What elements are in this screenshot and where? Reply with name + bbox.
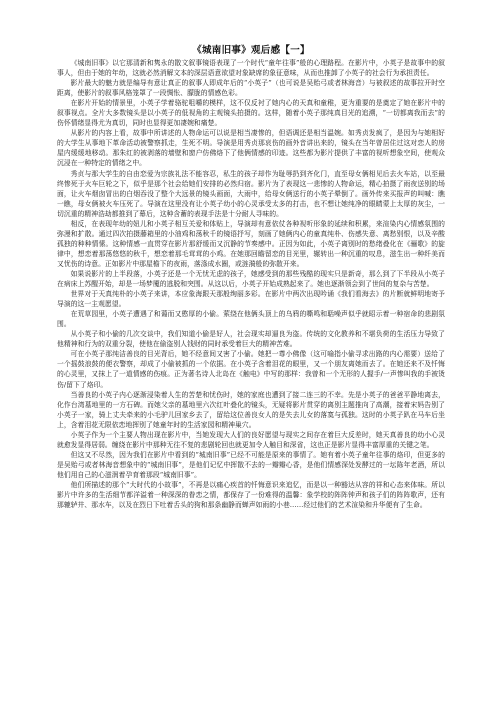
paragraph: 可在小英子那纯洁善良的目光背后，她不经意间又害了小偷。她把一尊小佛像（这可喻指小… <box>57 349 445 389</box>
paragraph: 《城南旧事》以它那清新和隽永的散文叙事镜语表现了一个时代“童年往事”般的心理路程… <box>57 58 445 78</box>
paragraph: 小英子作为一个主要人物出现在影片中，当她发现大人们的良好愿望与现实之间存在着巨大… <box>57 430 445 450</box>
paragraph: 在影片开始的情景里，小英子学着骆驼咀嚼的模样，这不仅反衬了她内心的天真和童稚，更… <box>57 98 445 128</box>
paragraph: 秀贞与那大学生的自由恋爱为宗族礼法不能容忍，私生的孩子却作为耻辱扔到齐化门，直至… <box>57 169 445 219</box>
document-page: 《城南旧事》观后感【一】 《城南旧事》以它那清新和隽永的散文叙事镜语表现了一个时… <box>57 44 445 510</box>
paragraph: 世界对于天真纯朴的小英子来讲，本应象海跟天那般绚丽多彩。在影片中两次出现吟诵《我… <box>57 289 445 309</box>
paragraph: 如果说影片的上半段落，小英子还是一个无忧无虑的孩子，她感受到的那些残酷的现实只是… <box>57 269 445 289</box>
paragraph: 从小英子和小偷的几次交谈中，我们知道小偷是好人，社会现实却逼良为盗。传统的文化教… <box>57 329 445 349</box>
paragraph: 相反，在表现年幼的妞儿和小英子相互关爱和体贴上，导演却有意依仗各种视听形象的延续… <box>57 219 445 269</box>
paragraph: 在荒草园里，小英子遭遇了和蔼而又憨厚的小偷。萦绕在他俩头顶上的乌鸦的嘶鸣和聒噪声… <box>57 309 445 329</box>
paragraph: 但这又不尽然，因为我们在影片中看到的“城南旧事”已经不可能是原来的事情了。她有着… <box>57 450 445 480</box>
paragraph: 当善良的小英子内心逐渐浸染着人生的苦楚和忧伤时，她的家庭也遭到了接二连三的不幸。… <box>57 390 445 430</box>
paragraph: 影片最大的魅力就是编导有意让真正的叙事人即成年后的“小英子”（也可说是吴贻弓或者… <box>57 78 445 98</box>
paragraph: 他们所描述的那个“大时代的小故事”，不再是以痛心疾首的忏悔意识来追忆，而是以一种… <box>57 480 445 510</box>
paragraph: 从影片的内容上看，故事中所讲述的人物命运可以说是相当凄惨的，但语调还是相当温婉。… <box>57 128 445 168</box>
document-title: 《城南旧事》观后感【一】 <box>57 44 445 58</box>
